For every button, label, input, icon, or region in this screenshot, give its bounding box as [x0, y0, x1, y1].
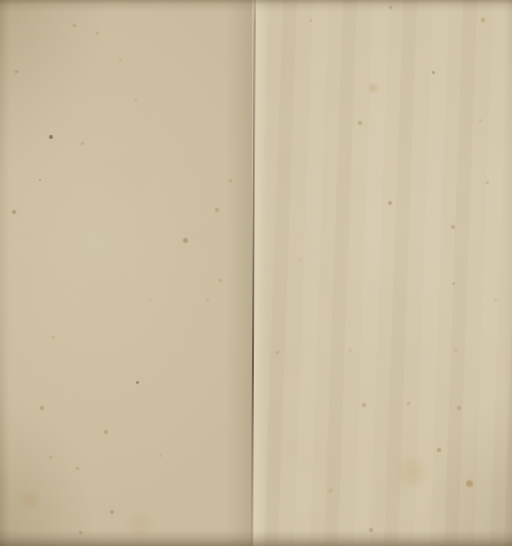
book-spread [0, 0, 512, 546]
gutter-highlight [254, 0, 269, 546]
right-page [253, 0, 512, 546]
gutter-shadow [226, 0, 252, 546]
left-page [0, 0, 253, 546]
